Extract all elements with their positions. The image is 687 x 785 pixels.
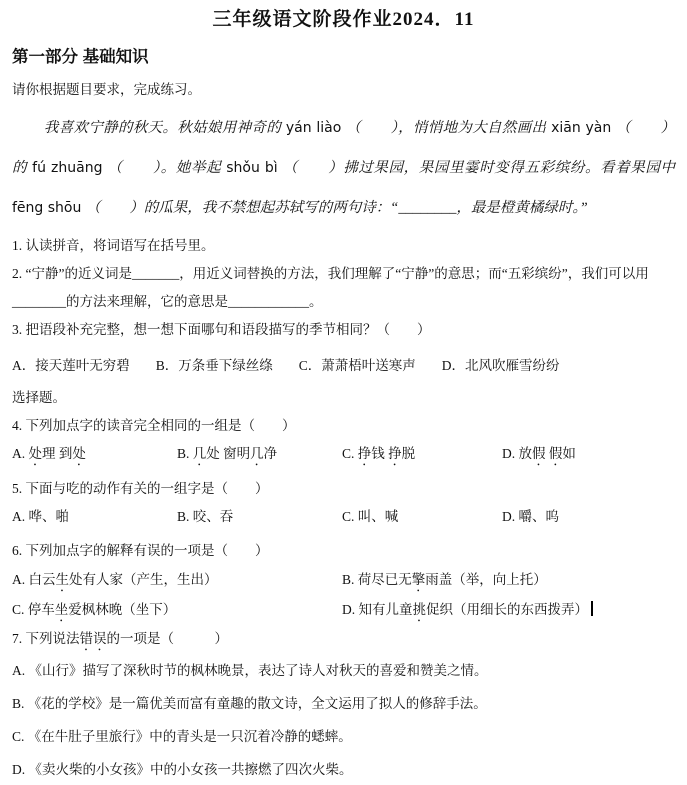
intro-text: 请你根据题目要求，完成练习。 — [12, 80, 675, 100]
choice-section-label: 选择题。 — [12, 384, 675, 412]
question-4-option-a: A. 处理 到处 — [12, 440, 177, 469]
question-6-option-d: D. 知有儿童挑促织（用细长的东西拨弄） — [342, 602, 588, 617]
question-3-option-d: D．北风吹雁雪纷纷 — [442, 352, 560, 380]
question-3-options: A．接天莲叶无穷碧 B．万条垂下绿丝绦 C．萧萧梧叶送寒声 D．北风吹雁雪纷纷 — [12, 352, 675, 380]
question-3-option-c: C．萧萧梧叶送寒声 — [299, 352, 416, 380]
question-4-label: 4. 下列加点字的读音完全相同的一组是（ ） — [12, 412, 675, 440]
question-5-option-d: D. 嚼、呜 — [502, 503, 675, 531]
question-3-option-b: B．万条垂下绿丝绦 — [156, 352, 273, 380]
question-6-label: 6. 下列加点字的解释有误的一项是（ ） — [12, 537, 675, 565]
question-5-option-c: C. 叫、喊 — [342, 503, 502, 531]
question-4-option-b: B. 几处 窗明几净 — [177, 440, 342, 469]
question-7-option-a: A. 《山行》描写了深秋时节的枫林晚景，表达了诗人对秋天的喜爱和赞美之情。 — [12, 654, 675, 687]
section-heading: 第一部分 基础知识 — [12, 46, 675, 68]
question-3-option-a: A．接天莲叶无穷碧 — [12, 352, 130, 380]
question-7-option-b: B. 《花的学校》是一篇优美而富有童趣的散文诗，全文运用了拟人的修辞手法。 — [12, 687, 675, 720]
question-4-option-c: C. 挣钱 挣脱 — [342, 440, 502, 469]
question-1-label: 1. 认读拼音，将词语写在括号里。 — [12, 232, 675, 260]
question-7-label: 7. 下列说法错误的一项是（ ） — [12, 625, 675, 654]
question-7-option-c: C. 《在牛肚子里旅行》中的青头是一只沉着冷静的蟋蟀。 — [12, 720, 675, 753]
question-5-options: A. 哗、啪 B. 咬、吞 C. 叫、喊 D. 嚼、呜 — [12, 503, 675, 531]
question-6-option-b: B. 荷尽已无擎雨盖（举，向上托） — [342, 565, 675, 595]
text-cursor-icon — [591, 601, 593, 616]
worksheet-page: 三年级语文阶段作业2024．11 第一部分 基础知识 请你根据题目要求，完成练习… — [0, 0, 687, 785]
question-5-option-a: A. 哗、啪 — [12, 503, 177, 531]
question-6-option-a: A. 白云生处有人家（产生，生出） — [12, 565, 342, 595]
question-2-label: 2. “宁静”的近义词是_______，用近义词替换的方法，我们理解了“宁静”的… — [12, 260, 675, 316]
question-4-options: A. 处理 到处 B. 几处 窗明几净 C. 挣钱 挣脱 D. 放假 假如 — [12, 440, 675, 469]
question-5-label: 5. 下面与吃的动作有关的一组字是（ ） — [12, 475, 675, 503]
question-7-option-d: D. 《卖火柴的小女孩》中的小女孩一共擦燃了四次火柴。 — [12, 753, 675, 785]
reading-passage: 我喜欢宁静的秋天。秋姑娘用神奇的 yán liào （ ），悄悄地为大自然画出 … — [12, 108, 675, 228]
question-5-option-b: B. 咬、吞 — [177, 503, 342, 531]
page-title: 三年级语文阶段作业2024．11 — [12, 6, 675, 34]
question-3-label: 3. 把语段补充完整，想一想下面哪句和语段描写的季节相同？（ ） — [12, 316, 675, 344]
question-6-option-c: C. 停车坐爱枫林晚（坐下） — [12, 595, 342, 625]
question-6-option-d-wrap: D. 知有儿童挑促织（用细长的东西拨弄） — [342, 595, 675, 625]
question-4-option-d: D. 放假 假如 — [502, 440, 675, 469]
question-6-options: A. 白云生处有人家（产生，生出） B. 荷尽已无擎雨盖（举，向上托） C. 停… — [12, 565, 675, 625]
